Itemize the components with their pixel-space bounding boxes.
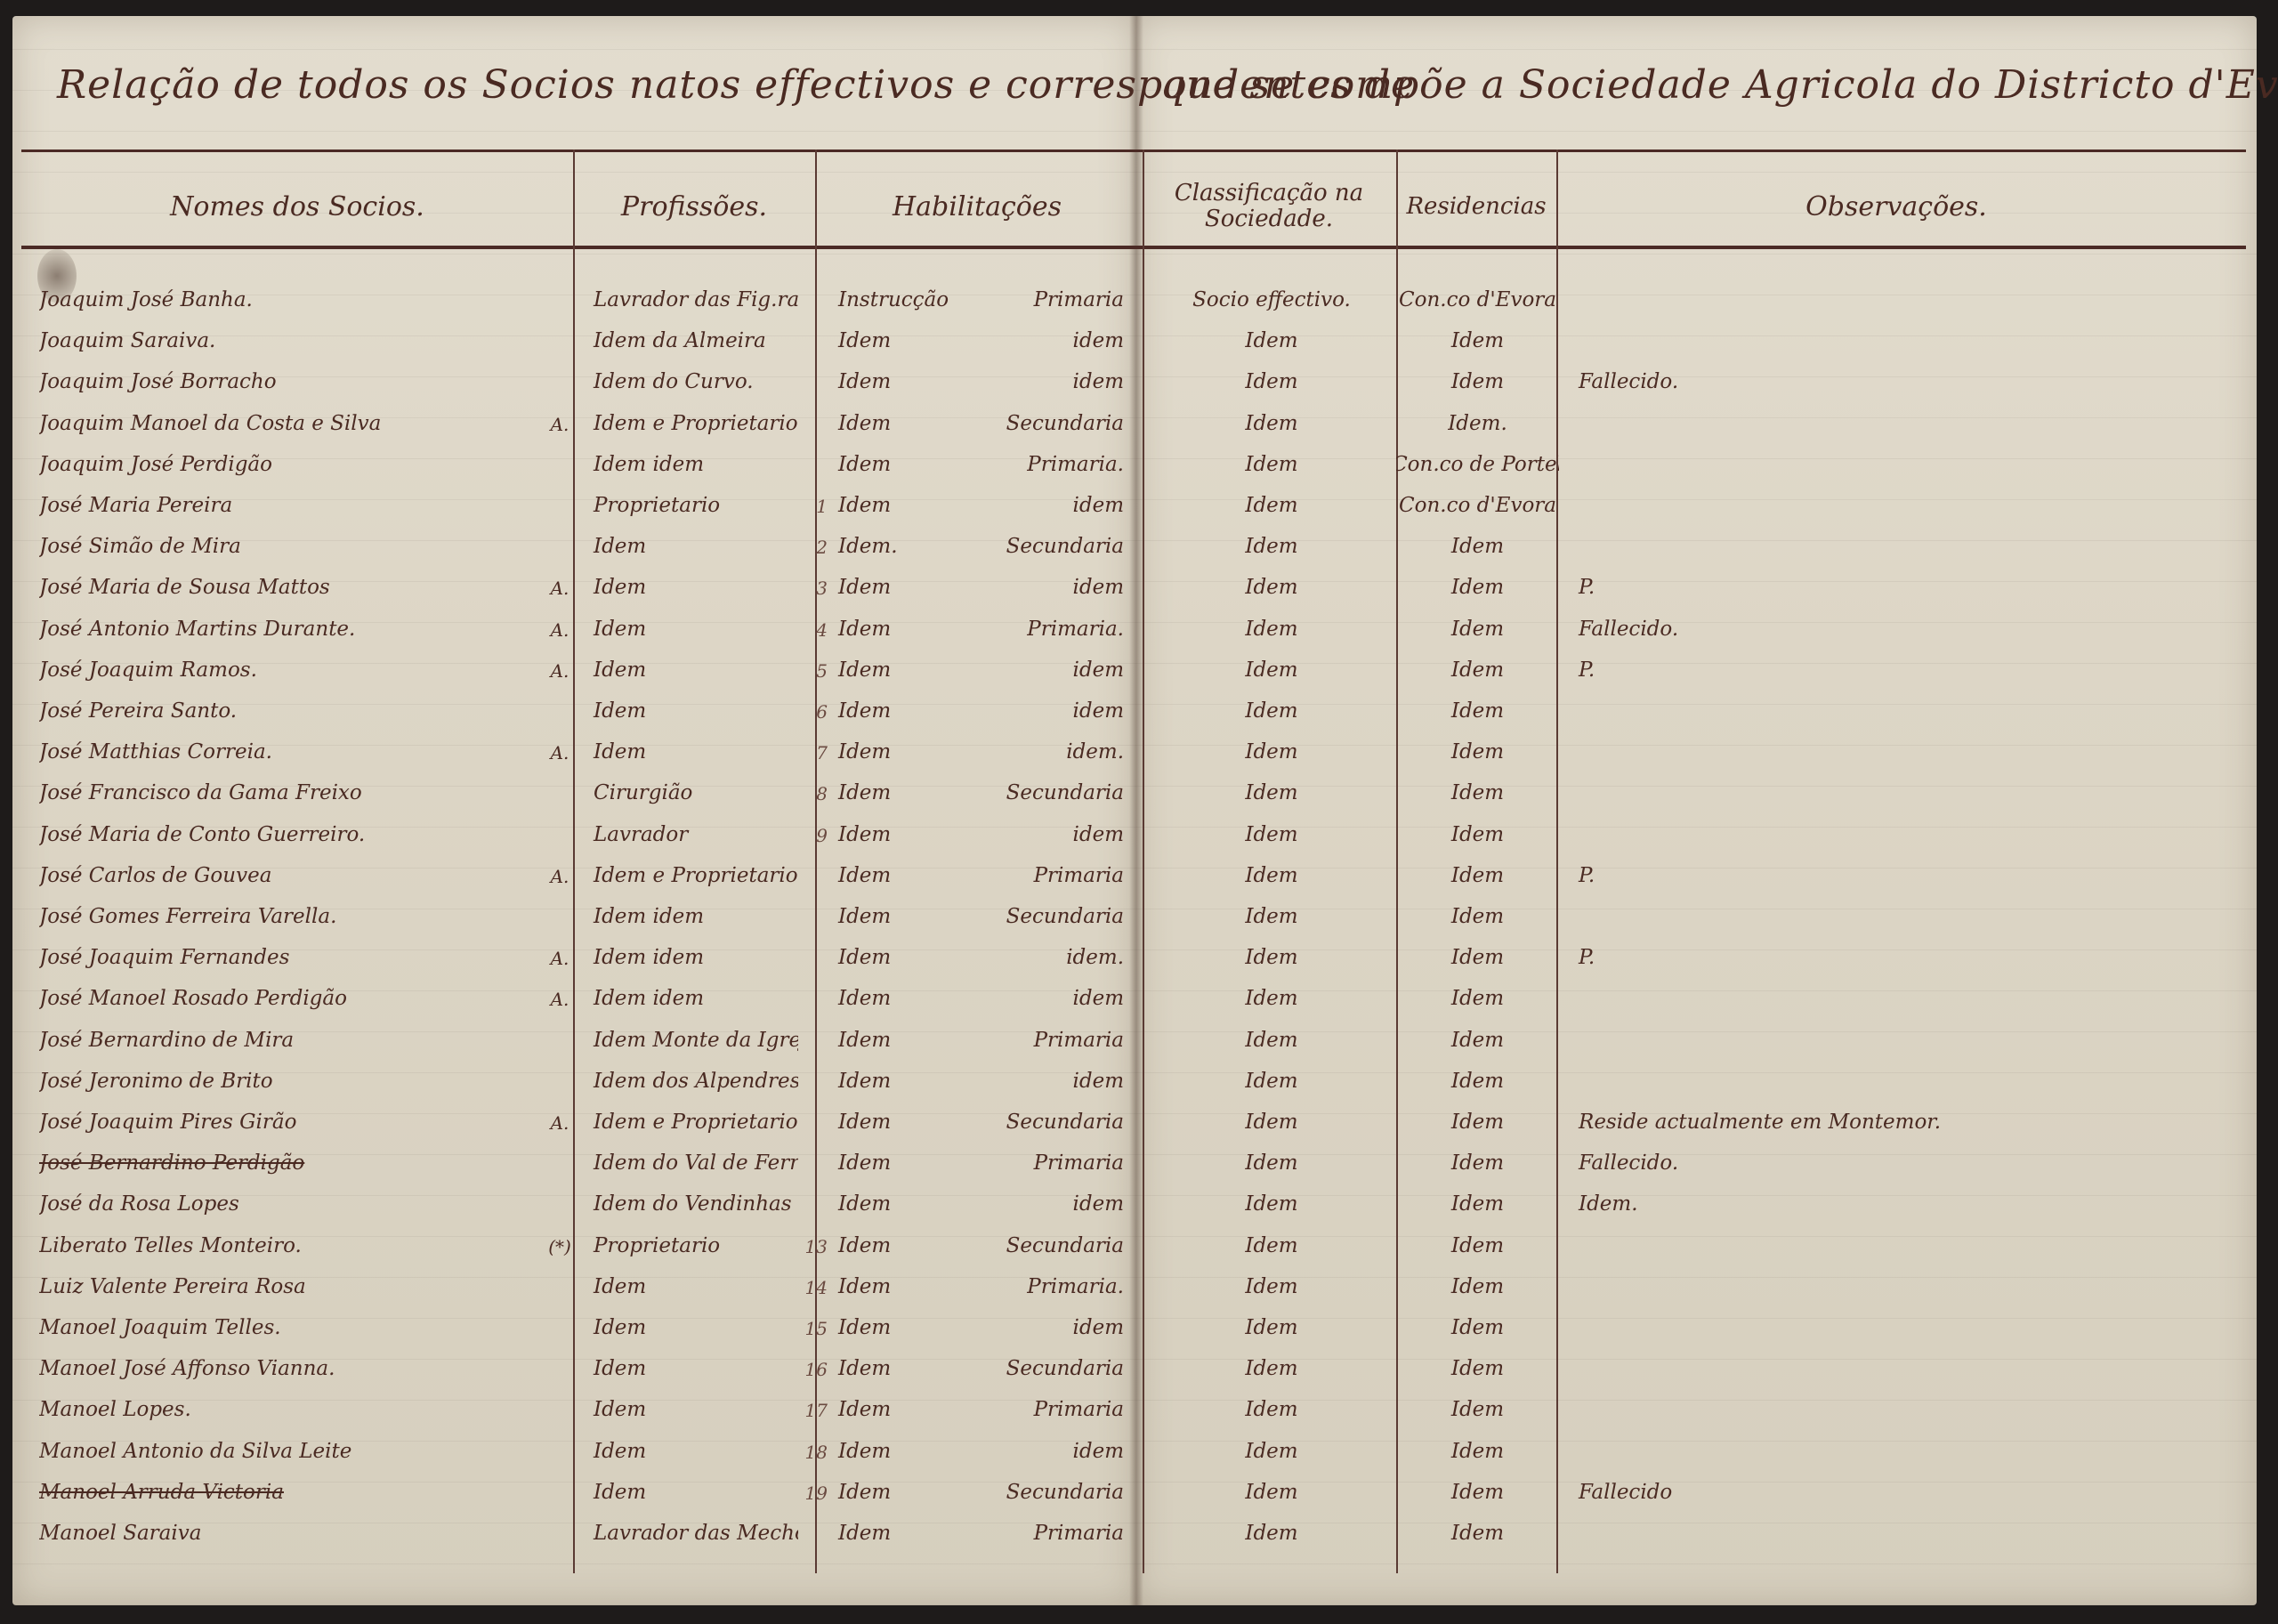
member-observation — [1566, 973, 2225, 1014]
member-instruction: Idem — [831, 932, 973, 973]
member-instruction: Idem — [831, 1426, 973, 1466]
member-name: José Joaquim Ramos. — [39, 644, 537, 685]
member-profession: Idem do Val de Ferreiro — [586, 1137, 798, 1178]
member-name: José Matthias Correia. — [39, 726, 537, 767]
member-mark: A. — [537, 973, 582, 1014]
member-classification: Socio effectivo. — [1147, 274, 1396, 315]
member-observation — [1566, 1302, 2225, 1343]
member-residence: Idem — [1396, 726, 1559, 767]
member-name: José Manoel Rosado Perdigão — [39, 973, 537, 1014]
member-instruction: Idem — [831, 562, 973, 602]
member-observation — [1566, 1426, 2225, 1466]
member-mark — [537, 767, 582, 808]
member-profession: Idem — [586, 521, 798, 562]
member-mark — [537, 809, 582, 850]
member-profession: Proprietario — [586, 480, 798, 521]
member-number — [796, 1055, 828, 1096]
member-instruction: Idem — [831, 809, 973, 850]
member-instruction: Idem — [831, 644, 973, 685]
member-education-level: Primaria — [973, 274, 1129, 315]
member-observation — [1566, 1261, 2225, 1302]
member-profession: Idem — [586, 562, 798, 602]
table-row: Manoel Arruda VictoriaIdem19IdemSecundar… — [12, 1466, 2257, 1507]
member-education-level: idem — [973, 315, 1129, 356]
member-residence: Idem — [1396, 603, 1559, 644]
member-instruction: Idem — [831, 1178, 973, 1219]
member-name: Manoel José Affonso Vianna. — [39, 1343, 537, 1384]
member-observation — [1566, 685, 2225, 726]
member-residence: Idem — [1396, 315, 1559, 356]
member-instruction: Idem — [831, 1014, 973, 1055]
member-instruction: Idem — [831, 1343, 973, 1384]
table-row: Joaquim Manoel da Costa e SilvaA.Idem e … — [12, 398, 2257, 439]
member-name: Manoel Arruda Victoria — [39, 1466, 537, 1507]
member-profession: Idem Monte da Igreja — [586, 1014, 798, 1055]
member-number: 8 — [796, 767, 828, 808]
table-row: Manoel Antonio da Silva LeiteIdem18Idemi… — [12, 1426, 2257, 1466]
member-education-level: idem — [973, 480, 1129, 521]
member-instruction: Idem — [831, 1384, 973, 1425]
table-row: Manoel Joaquim Telles.Idem15IdemidemIdem… — [12, 1302, 2257, 1343]
header-residences: Residencias — [1398, 167, 1555, 246]
member-profession: Idem e Proprietario — [586, 850, 798, 891]
member-residence: Idem — [1396, 644, 1559, 685]
member-number — [796, 850, 828, 891]
member-observation: Fallecido. — [1566, 1137, 2225, 1178]
member-education-level: idem — [973, 644, 1129, 685]
table-row: José Bernardino PerdigãoIdem do Val de F… — [12, 1137, 2257, 1178]
member-residence: Idem — [1396, 809, 1559, 850]
member-residence: Idem — [1396, 1507, 1559, 1548]
member-residence: Idem — [1396, 767, 1559, 808]
member-observation — [1566, 767, 2225, 808]
member-observation — [1566, 809, 2225, 850]
member-number: 9 — [796, 809, 828, 850]
member-name: Manoel Antonio da Silva Leite — [39, 1426, 537, 1466]
member-number: 14 — [796, 1261, 828, 1302]
member-observation: Fallecido. — [1566, 356, 2225, 397]
member-mark: A. — [537, 562, 582, 602]
table-row: Manoel Lopes.Idem17IdemPrimariaIdemIdem — [12, 1384, 2257, 1425]
member-mark: A. — [537, 603, 582, 644]
member-mark — [537, 1426, 582, 1466]
member-profession: Idem — [586, 603, 798, 644]
member-number: 13 — [796, 1220, 828, 1261]
member-classification: Idem — [1147, 398, 1396, 439]
member-name: José Joaquim Pires Girão — [39, 1096, 537, 1137]
member-instruction: Idem — [831, 1137, 973, 1178]
member-name: Joaquim José Borracho — [39, 356, 537, 397]
member-name: José da Rosa Lopes — [39, 1178, 537, 1219]
member-name: José Maria de Sousa Mattos — [39, 562, 537, 602]
member-name: José Jeronimo de Brito — [39, 1055, 537, 1096]
member-number — [796, 1178, 828, 1219]
member-profession: Lavrador — [586, 809, 798, 850]
member-mark — [537, 1137, 582, 1178]
member-mark — [537, 1261, 582, 1302]
member-residence: Idem — [1396, 1178, 1559, 1219]
member-classification: Idem — [1147, 1096, 1396, 1137]
member-number: 6 — [796, 685, 828, 726]
table-row: José Joaquim Pires GirãoA.Idem e Proprie… — [12, 1096, 2257, 1137]
member-observation — [1566, 315, 2225, 356]
member-classification: Idem — [1147, 315, 1396, 356]
member-name: Manoel Lopes. — [39, 1384, 537, 1425]
member-name: Luiz Valente Pereira Rosa — [39, 1261, 537, 1302]
member-mark — [537, 1384, 582, 1425]
member-number: 15 — [796, 1302, 828, 1343]
member-instruction: Idem — [831, 356, 973, 397]
header-top-rule — [21, 149, 2246, 152]
member-classification: Idem — [1147, 809, 1396, 850]
member-name: Manoel Saraiva — [39, 1507, 537, 1548]
member-observation: P. — [1566, 562, 2225, 602]
member-education-level: Primaria — [973, 1137, 1129, 1178]
table-row: José Maria de Sousa MattosA.Idem3Idemide… — [12, 562, 2257, 602]
member-name: José Gomes Ferreira Varella. — [39, 891, 537, 932]
member-instruction: Idem — [831, 850, 973, 891]
member-profession: Idem dos Alpendres — [586, 1055, 798, 1096]
member-mark: A. — [537, 726, 582, 767]
member-number — [796, 891, 828, 932]
member-mark: A. — [537, 932, 582, 973]
member-mark — [537, 274, 582, 315]
member-profession: Idem — [586, 726, 798, 767]
member-instruction: Idem — [831, 1507, 973, 1548]
member-education-level: Primaria — [973, 1014, 1129, 1055]
member-mark — [537, 1014, 582, 1055]
member-classification: Idem — [1147, 1137, 1396, 1178]
member-mark — [537, 356, 582, 397]
member-mark: A. — [537, 1096, 582, 1137]
member-education-level: idem — [973, 1426, 1129, 1466]
header-classification: Classificação na Sociedade. — [1144, 167, 1393, 246]
member-education-level: Secundaria — [973, 891, 1129, 932]
member-number — [796, 1096, 828, 1137]
member-education-level: Primaria. — [973, 1261, 1129, 1302]
member-education-level: Primaria — [973, 1384, 1129, 1425]
header-professions: Profissões. — [575, 167, 813, 246]
table-row: José Gomes Ferreira Varella.Idem idemIde… — [12, 891, 2257, 932]
member-residence: Idem — [1396, 562, 1559, 602]
member-name: José Carlos de Gouvea — [39, 850, 537, 891]
member-number: 16 — [796, 1343, 828, 1384]
table-row: José Carlos de GouveaA.Idem e Proprietar… — [12, 850, 2257, 891]
member-profession: Idem idem — [586, 973, 798, 1014]
member-residence: Con.co d'Evora — [1396, 480, 1559, 521]
member-observation: P. — [1566, 644, 2225, 685]
member-profession: Idem — [586, 1261, 798, 1302]
member-name: José Joaquim Fernandes — [39, 932, 537, 973]
member-classification: Idem — [1147, 1507, 1396, 1548]
member-profession: Idem da Almeira — [586, 315, 798, 356]
member-instruction: Idem — [831, 685, 973, 726]
member-residence: Idem — [1396, 973, 1559, 1014]
member-profession: Idem idem — [586, 932, 798, 973]
member-observation: Reside actualmente em Montemor. — [1566, 1096, 2225, 1137]
member-observation: P. — [1566, 932, 2225, 973]
member-instruction: Idem — [831, 1220, 973, 1261]
member-name: José Simão de Mira — [39, 521, 537, 562]
member-education-level: idem — [973, 1055, 1129, 1096]
member-profession: Idem — [586, 1466, 798, 1507]
title-right: que se compõe a Sociedade Agricola do Di… — [1160, 62, 2278, 108]
member-classification: Idem — [1147, 767, 1396, 808]
member-classification: Idem — [1147, 1302, 1396, 1343]
member-name: José Maria Pereira — [39, 480, 537, 521]
member-mark — [537, 1507, 582, 1548]
header-observations: Observações. — [1558, 167, 2234, 246]
member-number — [796, 398, 828, 439]
member-education-level: Secundaria — [973, 1466, 1129, 1507]
member-profession: Idem idem — [586, 891, 798, 932]
member-name: José Bernardino Perdigão — [39, 1137, 537, 1178]
member-observation — [1566, 891, 2225, 932]
member-profession: Idem — [586, 644, 798, 685]
member-residence: Idem — [1396, 1466, 1559, 1507]
table-row: José Jeronimo de BritoIdem dos Alpendres… — [12, 1055, 2257, 1096]
table-row: José Simão de MiraIdem2Idem.SecundariaId… — [12, 521, 2257, 562]
member-name: Joaquim Manoel da Costa e Silva — [39, 398, 537, 439]
member-residence: Con.co de Portel — [1396, 439, 1559, 480]
member-name: José Bernardino de Mira — [39, 1014, 537, 1055]
member-number — [796, 274, 828, 315]
member-residence: Idem — [1396, 685, 1559, 726]
member-profession: Idem — [586, 1426, 798, 1466]
member-education-level: idem — [973, 562, 1129, 602]
table-row: Manoel José Affonso Vianna.Idem16IdemSec… — [12, 1343, 2257, 1384]
member-instruction: Idem — [831, 767, 973, 808]
member-name: Manoel Joaquim Telles. — [39, 1302, 537, 1343]
table-row: José Bernardino de MiraIdem Monte da Igr… — [12, 1014, 2257, 1055]
table-row: Manoel SaraivaLavrador das Mechoq.rasIde… — [12, 1507, 2257, 1548]
member-instruction: Idem — [831, 398, 973, 439]
member-education-level: Secundaria — [973, 521, 1129, 562]
member-education-level: Primaria — [973, 850, 1129, 891]
member-residence: Idem — [1396, 1096, 1559, 1137]
member-profession: Lavrador das Fig.ras — [586, 274, 798, 315]
member-education-level: Secundaria — [973, 1220, 1129, 1261]
table-row: Joaquim José PerdigãoIdem idemIdemPrimar… — [12, 439, 2257, 480]
member-classification: Idem — [1147, 1261, 1396, 1302]
ledger-book: Relação de todos os Socios natos effecti… — [12, 16, 2257, 1605]
member-observation — [1566, 439, 2225, 480]
member-instruction: Idem — [831, 1096, 973, 1137]
table-row: Liberato Telles Monteiro.(*)Proprietario… — [12, 1220, 2257, 1261]
member-profession: Lavrador das Mechoq.ras — [586, 1507, 798, 1548]
member-profession: Idem idem — [586, 439, 798, 480]
table-row: José Manoel Rosado PerdigãoA.Idem idemId… — [12, 973, 2257, 1014]
member-observation: P. — [1566, 850, 2225, 891]
table-row: José Pereira Santo.Idem6IdemidemIdemIdem — [12, 685, 2257, 726]
member-classification: Idem — [1147, 1220, 1396, 1261]
table-row: Joaquim José BorrachoIdem do Curvo.Idemi… — [12, 356, 2257, 397]
member-observation — [1566, 1014, 2225, 1055]
member-classification: Idem — [1147, 1178, 1396, 1219]
member-residence: Idem — [1396, 850, 1559, 891]
document-title: Relação de todos os Socios natos effecti… — [48, 62, 2219, 133]
member-residence: Idem — [1396, 891, 1559, 932]
member-education-level: Secundaria — [973, 1096, 1129, 1137]
member-mark — [537, 1343, 582, 1384]
member-instruction: Idem — [831, 603, 973, 644]
member-residence: Idem — [1396, 1302, 1559, 1343]
member-residence: Idem. — [1396, 398, 1559, 439]
member-mark: (*) — [537, 1220, 582, 1261]
member-number: 19 — [796, 1466, 828, 1507]
member-classification: Idem — [1147, 480, 1396, 521]
member-observation — [1566, 398, 2225, 439]
member-residence: Idem — [1396, 1384, 1559, 1425]
table-row: Joaquim José Banha.Lavrador das Fig.rasI… — [12, 274, 2257, 315]
member-residence: Idem — [1396, 1220, 1559, 1261]
member-profession: Idem — [586, 685, 798, 726]
table-row: José Francisco da Gama FreixoCirurgião8I… — [12, 767, 2257, 808]
member-mark — [537, 521, 582, 562]
member-education-level: idem — [973, 356, 1129, 397]
member-number — [796, 932, 828, 973]
member-classification: Idem — [1147, 439, 1396, 480]
member-profession: Cirurgião — [586, 767, 798, 808]
member-classification: Idem — [1147, 1055, 1396, 1096]
member-classification: Idem — [1147, 932, 1396, 973]
member-number: 1 — [796, 480, 828, 521]
member-classification: Idem — [1147, 685, 1396, 726]
member-observation — [1566, 1384, 2225, 1425]
member-mark — [537, 480, 582, 521]
member-classification: Idem — [1147, 1426, 1396, 1466]
member-number: 7 — [796, 726, 828, 767]
member-education-level: idem — [973, 1302, 1129, 1343]
member-name: Joaquim José Banha. — [39, 274, 537, 315]
member-education-level: idem — [973, 973, 1129, 1014]
member-observation: Idem. — [1566, 1178, 2225, 1219]
member-number — [796, 439, 828, 480]
member-mark — [537, 1055, 582, 1096]
member-mark: A. — [537, 398, 582, 439]
table-row: José Joaquim Ramos.A.Idem5IdemidemIdemId… — [12, 644, 2257, 685]
member-instruction: Idem — [831, 973, 973, 1014]
member-education-level: Primaria — [973, 1507, 1129, 1548]
member-classification: Idem — [1147, 603, 1396, 644]
member-number — [796, 1507, 828, 1548]
member-observation — [1566, 274, 2225, 315]
member-mark — [537, 685, 582, 726]
member-profession: Idem — [586, 1343, 798, 1384]
member-profession: Idem e Proprietario — [586, 1096, 798, 1137]
member-name: Joaquim Saraiva. — [39, 315, 537, 356]
member-classification: Idem — [1147, 1466, 1396, 1507]
table-row: José Antonio Martins Durante.A.Idem4Idem… — [12, 603, 2257, 644]
member-observation — [1566, 480, 2225, 521]
member-education-level: idem. — [973, 726, 1129, 767]
member-profession: Proprietario — [586, 1220, 798, 1261]
member-instruction: Idem — [831, 1261, 973, 1302]
table-row: Joaquim Saraiva.Idem da AlmeiraIdemidemI… — [12, 315, 2257, 356]
member-mark — [537, 1466, 582, 1507]
table-row: José Maria PereiraProprietario1IdemidemI… — [12, 480, 2257, 521]
member-instruction: Idem — [831, 315, 973, 356]
member-residence: Idem — [1396, 1137, 1559, 1178]
member-mark — [537, 439, 582, 480]
table-row: Luiz Valente Pereira RosaIdem14IdemPrima… — [12, 1261, 2257, 1302]
member-mark: A. — [537, 644, 582, 685]
member-residence: Idem — [1396, 1343, 1559, 1384]
member-observation — [1566, 521, 2225, 562]
member-classification: Idem — [1147, 562, 1396, 602]
member-profession: Idem e Proprietario — [586, 398, 798, 439]
member-instruction: Idem — [831, 439, 973, 480]
member-education-level: Secundaria — [973, 767, 1129, 808]
member-instruction: Idem — [831, 1302, 973, 1343]
member-name: José Maria de Conto Guerreiro. — [39, 809, 537, 850]
header-bottom-rule — [21, 246, 2246, 249]
member-education-level: idem — [973, 809, 1129, 850]
member-residence: Idem — [1396, 1014, 1559, 1055]
table-row: José Maria de Conto Guerreiro.Lavrador9I… — [12, 809, 2257, 850]
header-qualifications: Habilitações — [817, 167, 1137, 246]
member-education-level: Primaria. — [973, 439, 1129, 480]
member-residence: Idem — [1396, 932, 1559, 973]
member-number — [796, 1014, 828, 1055]
member-instruction: Idem — [831, 1055, 973, 1096]
member-classification: Idem — [1147, 356, 1396, 397]
member-name: Liberato Telles Monteiro. — [39, 1220, 537, 1261]
member-number: 5 — [796, 644, 828, 685]
member-name: José Pereira Santo. — [39, 685, 537, 726]
member-number — [796, 973, 828, 1014]
member-mark — [537, 1302, 582, 1343]
table-row: José Joaquim FernandesA.Idem idemIdemide… — [12, 932, 2257, 973]
member-profession: Idem — [586, 1302, 798, 1343]
member-education-level: Primaria. — [973, 603, 1129, 644]
member-residence: Idem — [1396, 521, 1559, 562]
member-number: 4 — [796, 603, 828, 644]
member-classification: Idem — [1147, 1014, 1396, 1055]
member-observation — [1566, 726, 2225, 767]
member-education-level: idem — [973, 685, 1129, 726]
member-residence: Idem — [1396, 1055, 1559, 1096]
member-residence: Con.co d'Evora — [1396, 274, 1559, 315]
header-names: Nomes dos Socios. — [30, 167, 564, 246]
member-observation — [1566, 1507, 2225, 1548]
member-number — [796, 1137, 828, 1178]
member-number — [796, 356, 828, 397]
member-classification: Idem — [1147, 644, 1396, 685]
member-classification: Idem — [1147, 973, 1396, 1014]
member-observation: Fallecido. — [1566, 603, 2225, 644]
member-education-level: Secundaria — [973, 398, 1129, 439]
member-name: José Francisco da Gama Freixo — [39, 767, 537, 808]
member-instruction: Idem. — [831, 521, 973, 562]
member-instruction: Idem — [831, 891, 973, 932]
member-observation: Fallecido — [1566, 1466, 2225, 1507]
member-classification: Idem — [1147, 521, 1396, 562]
member-education-level: idem. — [973, 932, 1129, 973]
member-residence: Idem — [1396, 1426, 1559, 1466]
member-profession: Idem do Vendinhas — [586, 1178, 798, 1219]
member-number: 17 — [796, 1384, 828, 1425]
member-observation — [1566, 1343, 2225, 1384]
member-number: 18 — [796, 1426, 828, 1466]
table-row: José da Rosa LopesIdem do VendinhasIdemi… — [12, 1178, 2257, 1219]
member-profession: Idem — [586, 1384, 798, 1425]
member-instruction: Idem — [831, 726, 973, 767]
member-name: José Antonio Martins Durante. — [39, 603, 537, 644]
member-instruction: Instrucção — [831, 274, 973, 315]
member-name: Joaquim José Perdigão — [39, 439, 537, 480]
member-mark: A. — [537, 850, 582, 891]
